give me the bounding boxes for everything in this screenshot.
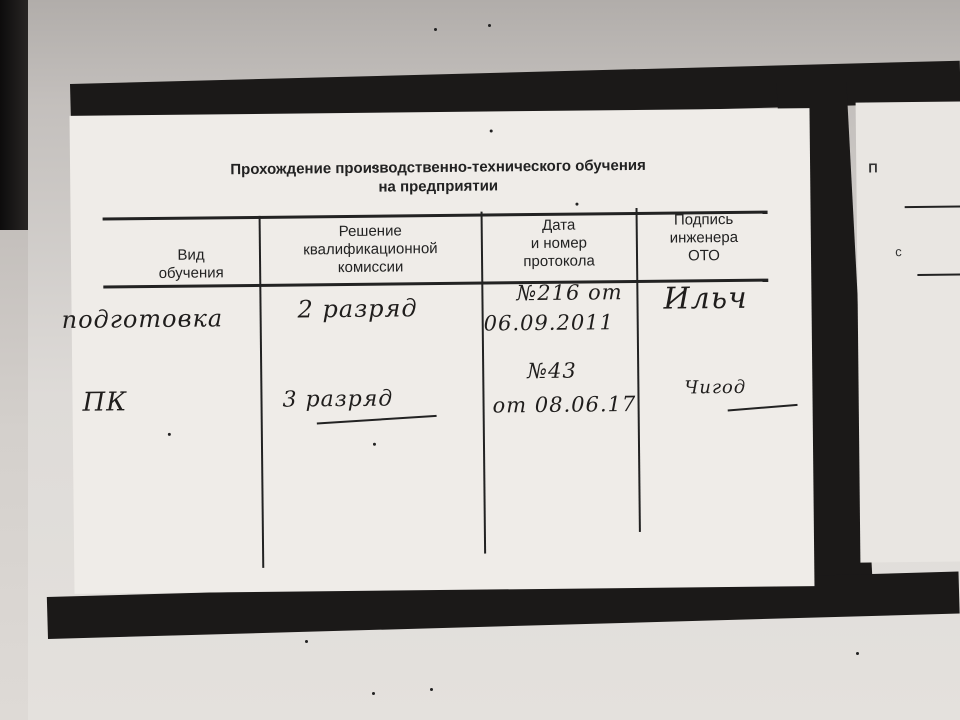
row1-protocol-date: 06.09.2011: [484, 310, 614, 335]
toner-speck: [168, 433, 171, 436]
column-header-commission-decision: Решение квалификационной комиссии: [263, 222, 479, 278]
row2-commission-decision: 3 разряд: [282, 387, 393, 413]
toner-speck: [434, 28, 437, 31]
row2-training-type: ПК: [82, 387, 127, 417]
column-header-training-type: Вид обучения: [131, 246, 251, 283]
row1-protocol-number: №216 от: [516, 280, 622, 305]
toner-speck: [430, 688, 433, 691]
toner-speck: [856, 652, 859, 655]
toner-speck: [372, 166, 375, 169]
toner-speck: [372, 692, 375, 695]
adjacent-page: П с: [856, 101, 960, 562]
page-title: Прохождение производственно-технического…: [158, 155, 718, 199]
toner-speck: [305, 640, 308, 643]
signature-underline: [728, 404, 798, 412]
page-edge-shadow: [0, 0, 30, 230]
toner-speck: [575, 203, 578, 206]
row2-protocol-number: №43: [527, 359, 577, 384]
toner-speck: [490, 129, 493, 132]
adjacent-page-fragment: с: [895, 244, 902, 259]
row2-protocol-date: от 08.06.17: [492, 392, 636, 418]
row1-signature: Ильч: [663, 281, 748, 317]
column-header-engineer-signature: Подпись инженера ОТО: [639, 211, 770, 266]
adjacent-page-rule: [905, 205, 960, 208]
toner-speck: [373, 443, 376, 446]
adjacent-page-rule: [917, 273, 960, 276]
adjacent-page-fragment: П: [868, 160, 878, 175]
training-record-page: Прохождение производственно-технического…: [70, 108, 815, 594]
row2-signature: Чигод: [684, 377, 746, 399]
row1-training-type: подготовка: [62, 304, 224, 334]
toner-speck: [488, 24, 491, 27]
column-header-protocol: Дата и номер протокола: [484, 216, 635, 272]
row1-commission-decision: 2 разряд: [297, 294, 417, 323]
decision-underline: [317, 415, 437, 425]
